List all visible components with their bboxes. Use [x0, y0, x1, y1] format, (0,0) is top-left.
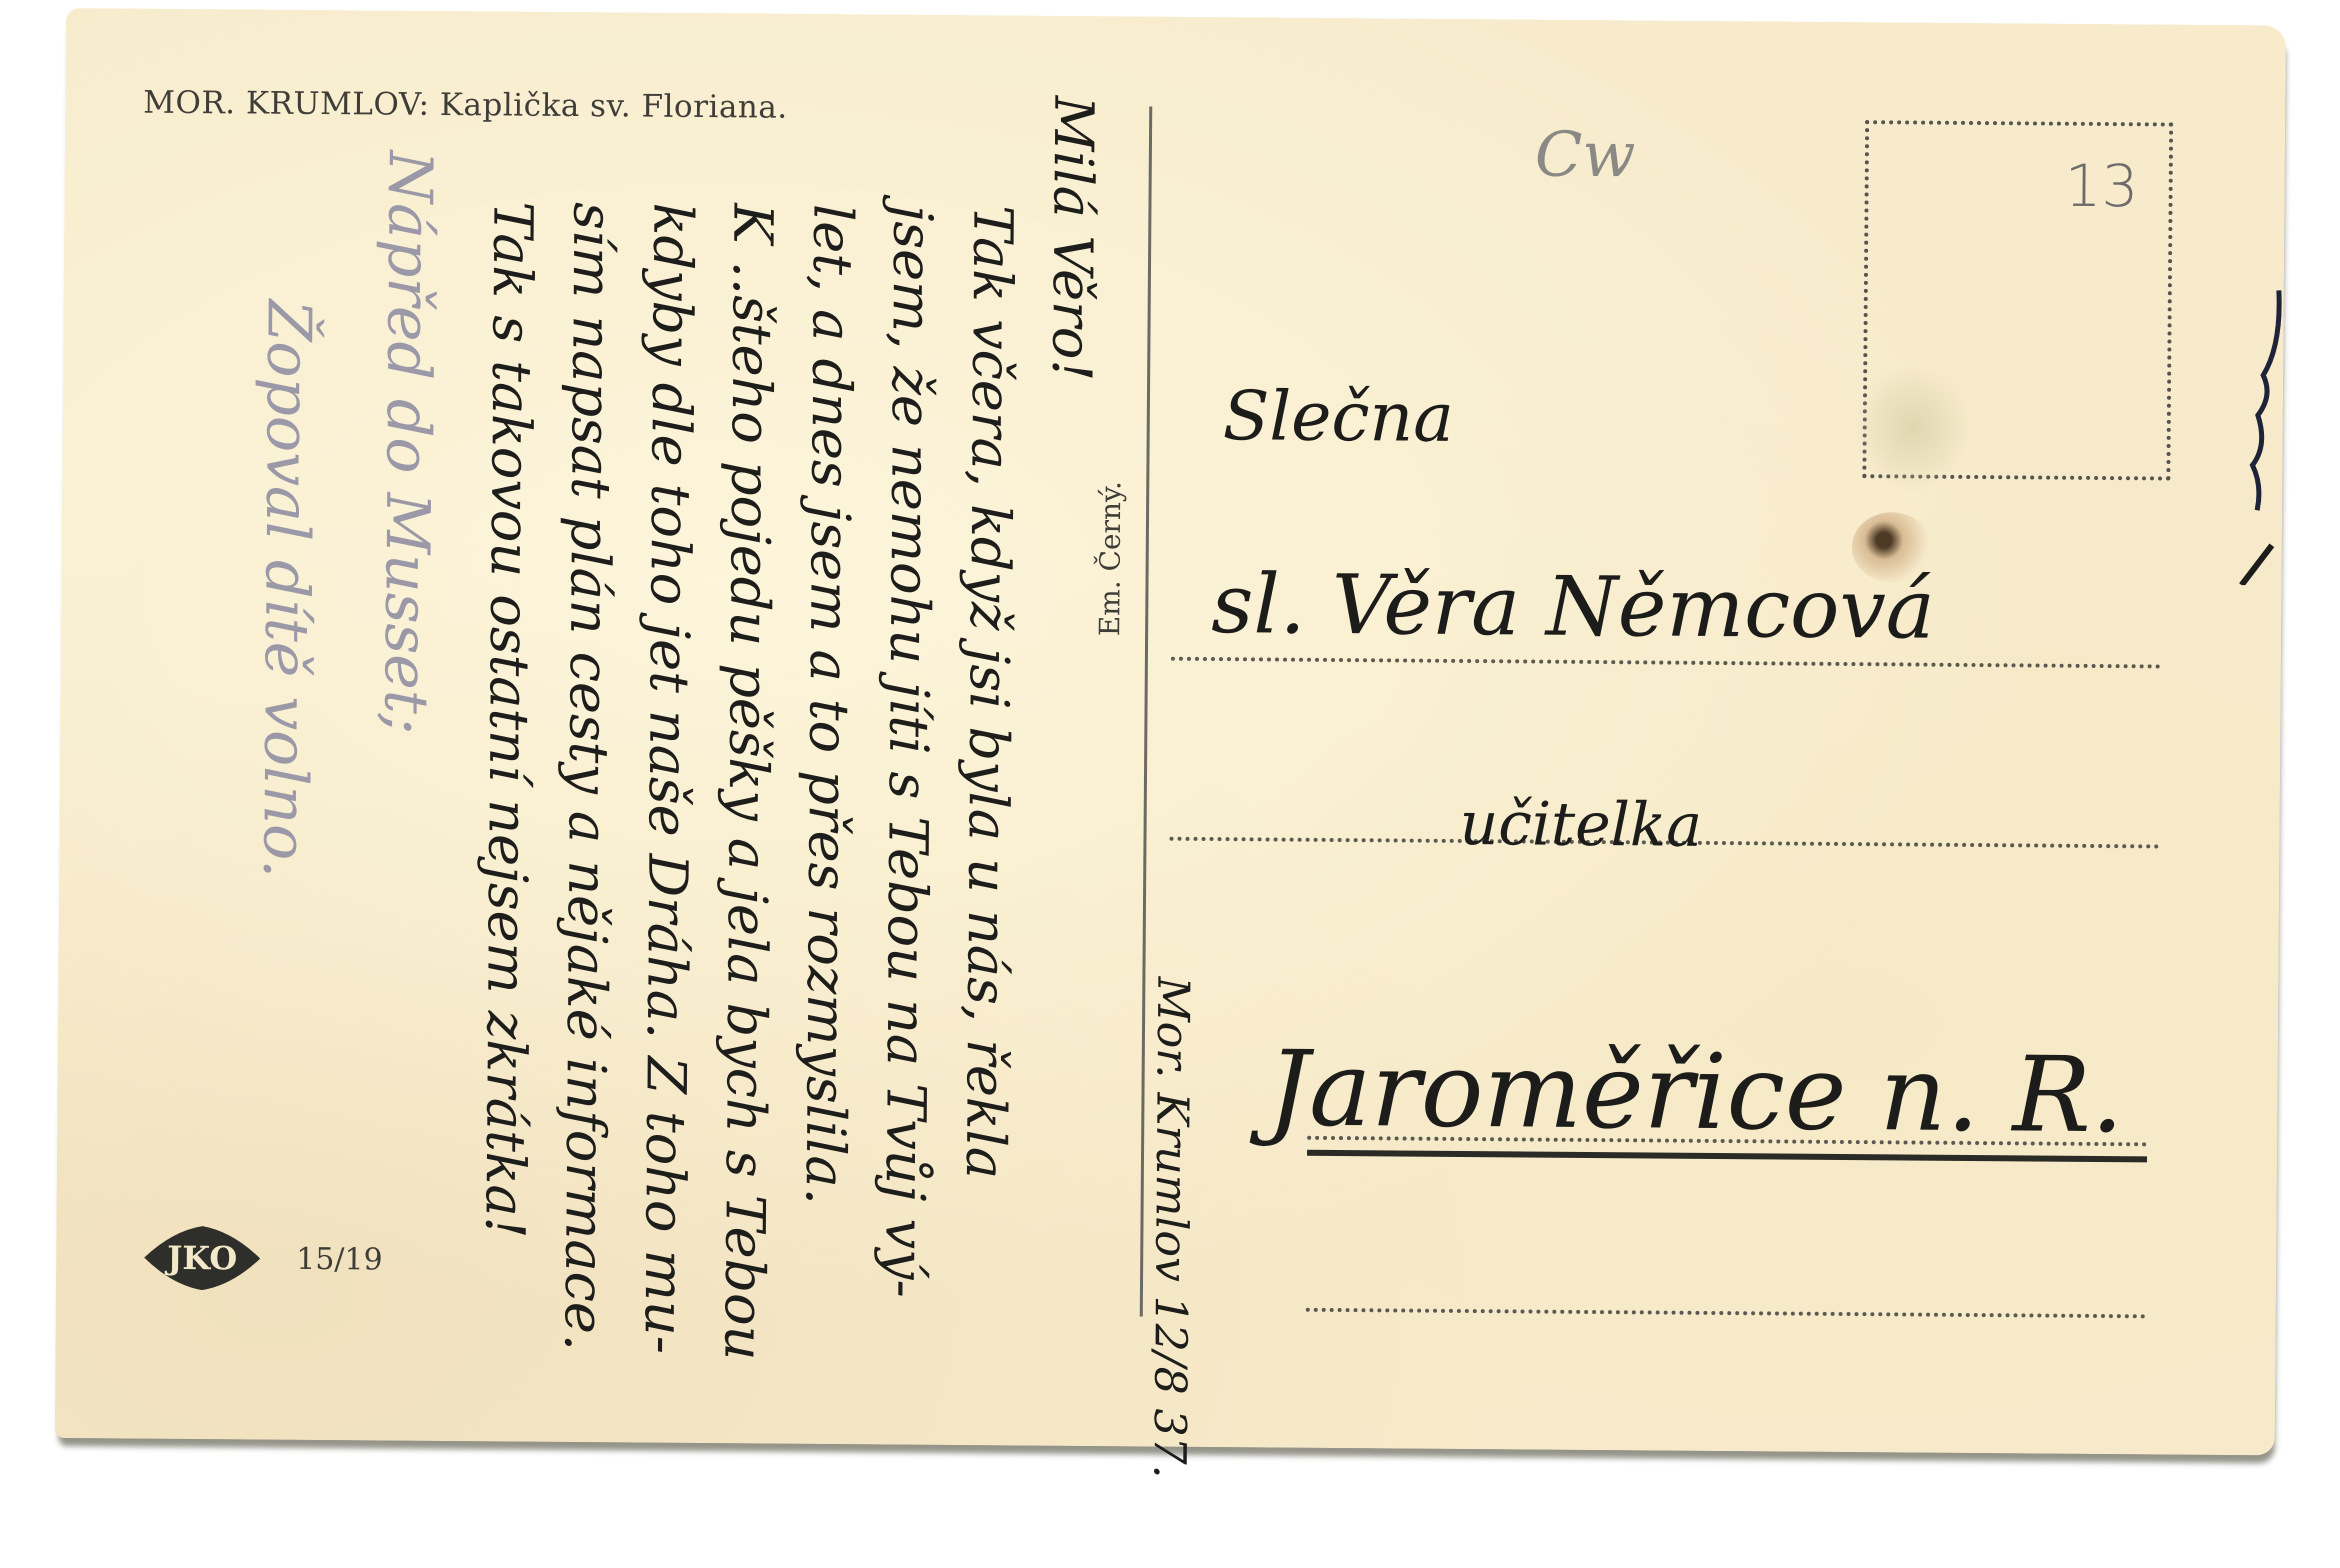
- message-line-7: Tak s takovou ostatní nejsem zkrátka!: [473, 201, 544, 1238]
- message-greeting: Milá Věro!: [1040, 96, 1105, 382]
- stamp-box-number: 13: [2064, 152, 2138, 221]
- publisher-name: Em. Černý.: [1093, 481, 1127, 636]
- message-line-2: jsem, že nemohu jíti s Tebou na Tvůj vý-: [873, 204, 945, 1298]
- postcard-back: MOR. KRUMLOV: Kaplička sv. Floriana. Náp…: [55, 8, 2286, 1455]
- serial-number: 15/19: [296, 1242, 383, 1278]
- pencil-note-line-1: Nápřed do Musset;: [370, 150, 445, 734]
- message-line-5: kdyby dle toho jet naše Dráha. Z toho mu…: [632, 203, 704, 1355]
- ink-squiggle-icon: [2232, 285, 2294, 585]
- address-occupation: učitelka: [1459, 789, 1702, 861]
- pencil-mark: Cw: [1535, 118, 1636, 192]
- message-line-4: K ..šteho pojedu pěšky a jela bych s Teb…: [712, 203, 784, 1361]
- message-line-6: sím napsat plán cesty a nějaké informace…: [552, 202, 624, 1351]
- publisher-logo-icon: JKO: [142, 1223, 263, 1294]
- postcard-caption: MOR. KRUMLOV: Kaplička sv. Floriana.: [143, 85, 788, 126]
- logo-text: JKO: [164, 1239, 237, 1278]
- address-town: Jaroměřice n. R.: [1267, 1027, 2124, 1156]
- pencil-note-line-2: Žopoval dítě volno.: [249, 299, 324, 878]
- message-place-date: Mor. Krumlov 12/8 37.: [1143, 977, 1198, 1479]
- message-line-1: Tak včera, když jsi byla u nás, řekla: [954, 205, 1025, 1179]
- address-line-4: [1306, 1308, 2146, 1319]
- address-line-1: [1171, 657, 2161, 669]
- address-salutation: Slečna: [1223, 377, 1455, 458]
- address-name: sl. Věra Němcová: [1211, 557, 1935, 658]
- message-line-3: let, a dnes jsem a to přes rozmyslila.: [794, 204, 865, 1205]
